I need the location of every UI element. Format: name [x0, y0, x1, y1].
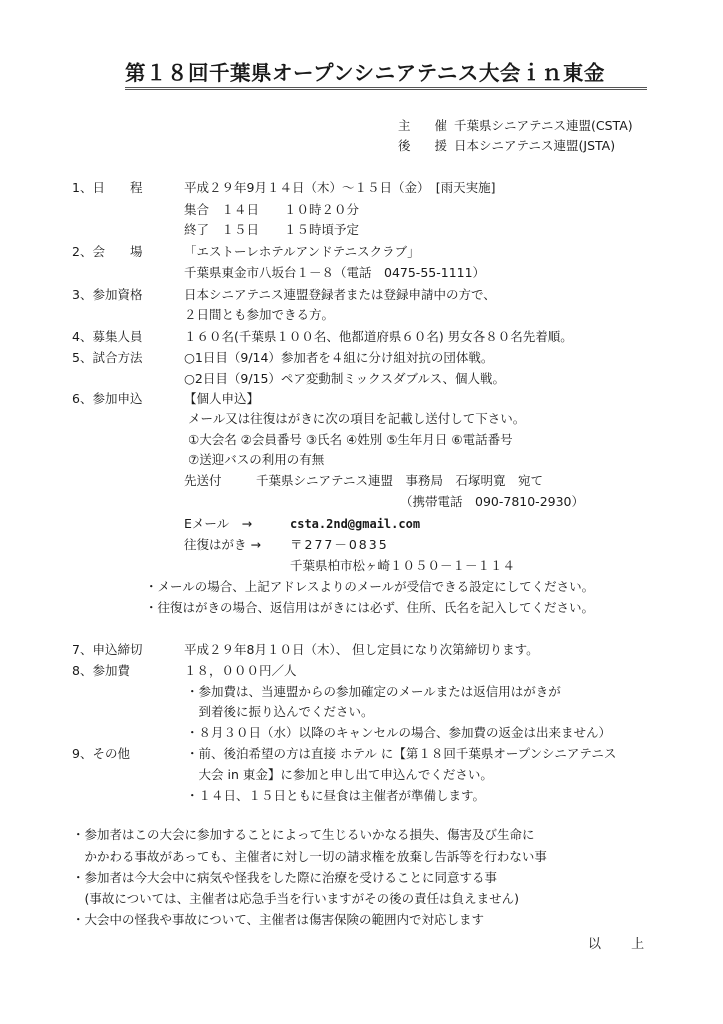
section-capacity-label: 4、募集人員: [72, 329, 142, 345]
recipient-phone: （携帯電話 090-7810-2930）: [400, 494, 584, 510]
fee-note-cancellation: ・８月３０日（水）以降のキャンセルの場合、参加費の返金は出来ません）: [186, 725, 611, 741]
disclaimer-insurance: ・大会中の怪我や事故について、主催者は傷害保険の範囲内で対応します: [72, 912, 484, 928]
application-items-cont: ⑦送迎バスの利用の有無: [188, 452, 324, 468]
organizer-role: 主 催: [398, 118, 454, 134]
eligibility-line-1: 日本シニアテニス連盟登録者または登録申請中の方で、: [184, 287, 496, 303]
organizer-name: 日本シニアテニス連盟(JSTA): [454, 138, 615, 153]
schedule-dates: 平成２９年9月１４日（木）～１５日（金） [雨天実施]: [184, 180, 495, 196]
disclaimer-liability: ・参加者はこの大会に参加することによって生じるいかなる損失、傷害及び生命に: [72, 827, 535, 843]
organizer-role: 後 援: [398, 138, 454, 154]
fee-note-payment-cont: 到着後に振り込んでください。: [186, 704, 374, 720]
postal-code: 〒277－0835: [290, 537, 389, 553]
deadline-text: 平成２９年8月１０日（木）、 但し定員になり次第締切ります。: [184, 642, 539, 658]
section-other-label: 9、その他: [72, 746, 130, 762]
disclaimer-liability-cont: かかわる事故があっても、主催者に対し一切の請求権を放棄し告訴等を行わない事: [72, 849, 547, 865]
closing-mark: 以 上: [588, 933, 644, 952]
eligibility-line-2: ２日間とも参加できる方。: [184, 307, 334, 323]
format-day-1: ○1日目（9/14）参加者を４組に分け組対抗の団体戦。: [184, 350, 493, 366]
recipient-label: 先送付: [184, 473, 222, 489]
section-format-label: 5、試合方法: [72, 350, 142, 366]
disclaimer-treatment: ・参加者は今大会中に病気や怪我をした際に治療を受けることに同意する事: [72, 870, 497, 886]
section-eligibility-label: 3、参加資格: [72, 287, 142, 303]
section-venue-label: 2、会 場: [72, 244, 142, 260]
application-items: ①大会名 ②会員番号 ③氏名 ④姓別 ⑤生年月日 ⑥電話番号: [188, 432, 513, 448]
section-fee-label: 8、参加費: [72, 663, 130, 679]
section-application-label: 6、参加申込: [72, 391, 142, 407]
other-note-hotel: ・前、後泊希望の方は直接 ホテル に【第１８回千葉県オープンシニアテニス: [186, 746, 616, 762]
format-day-2: ○2日目（9/15）ペア変動制ミックスダブルス、個人戦。: [184, 371, 505, 387]
venue-name: 「エストーレホテルアンドテニスクラブ」: [184, 244, 420, 260]
capacity-text: １６０名(千葉県１００名、他都道府県６０名) 男女各８０名先着順。: [184, 329, 573, 345]
postcard-label: 往復はがき →: [184, 537, 261, 553]
organizer-support: 後 援日本シニアテニス連盟(JSTA): [398, 138, 615, 154]
venue-address: 千葉県東金市八坂台１－８（電話 0475-55-1111）: [184, 265, 485, 281]
email-address[interactable]: csta.2nd@gmail.com: [290, 516, 420, 532]
section-schedule-label: 1、日 程: [72, 180, 142, 196]
note-email: ・メールの場合、上記アドレスよりのメールが受信できる設定にしてください。: [145, 579, 594, 595]
organizer-name: 千葉県シニアテニス連盟(CSTA): [454, 118, 633, 133]
application-instructions: メール又は往復はがきに次の項目を記載し送付して下さい。: [188, 411, 525, 427]
other-note-lunch: ・１４日、１５日ともに昼食は主催者が準備します。: [186, 788, 485, 804]
section-deadline-label: 7、申込締切: [72, 642, 142, 658]
email-label: Eメール →: [184, 516, 252, 532]
schedule-end: 終了 １５日 １５時頃予定: [184, 222, 359, 238]
fee-note-payment: ・参加費は、当連盟からの参加確定のメールまたは返信用はがきが: [186, 684, 561, 700]
mailing-address: 千葉県柏市松ヶ崎１０５０－１－１１４: [290, 558, 515, 574]
note-postcard: ・往復はがきの場合、返信用はがきには必ず、住所、氏名を記入してください。: [145, 600, 594, 616]
recipient-name: 千葉県シニアテニス連盟 事務局 石塚明寛 宛て: [256, 473, 543, 489]
other-note-hotel-cont: 大会 in 東金】に参加と申し出て申込んでください。: [186, 767, 493, 783]
organizer-host: 主 催千葉県シニアテニス連盟(CSTA): [398, 118, 633, 134]
disclaimer-treatment-cont: (事故については、主催者は応急手当を行いますがその後の責任は負えません): [72, 891, 519, 907]
schedule-assembly: 集合 １４日 １０時２０分: [184, 202, 359, 218]
application-heading: 【個人申込】: [184, 391, 259, 407]
fee-amount: １８，０００円／人: [184, 663, 297, 679]
document-title: 第１８回千葉県オープンシニアテニス大会ｉｎ東金: [125, 60, 647, 90]
